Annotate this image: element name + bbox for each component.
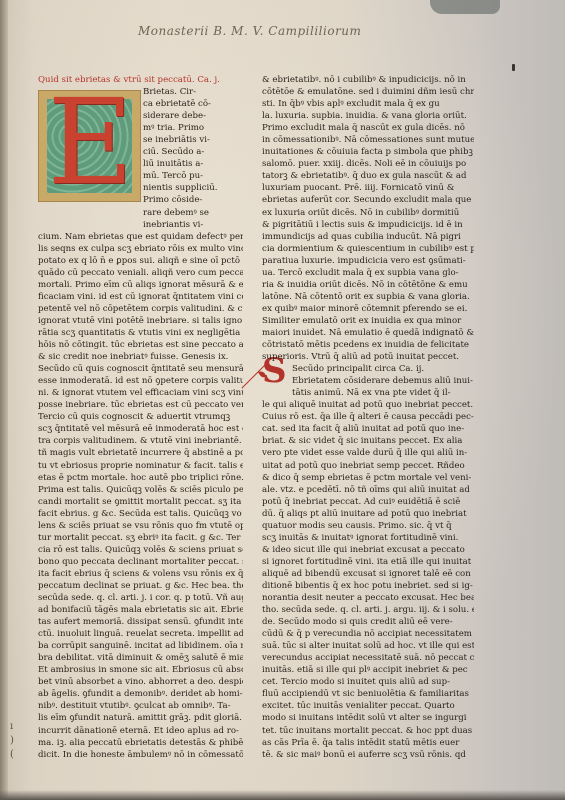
text-line: posse inebriare. tūc ebrietas est cū pec… <box>38 399 243 411</box>
text-line: cōtētōe & emulatōne. sed i duimini dñm i… <box>262 86 474 98</box>
text-line: cōtristatō mētis pcedens ex inuidia de f… <box>262 339 474 351</box>
text-line: cia dormientium & quiescentium in cubili… <box>262 243 474 255</box>
text-line: si ignoret fortitudinē vini. ita etiā il… <box>262 556 474 568</box>
text-line: ale. vtz. e pcedētī. nō tñ oīms qui aliū… <box>262 484 474 496</box>
text-line: candi mortalit se ꝯmittit mortalit pecca… <box>38 496 243 508</box>
text-line: hōis nō cōtingit. tūc ebrietas est sine … <box>38 339 243 351</box>
text-line: potato ex q lō n̄ e ꝑpos sui. aliqñ e si… <box>38 255 243 267</box>
text-line: Tercio cū quis cognoscit & aduertit vtru… <box>38 411 243 423</box>
text-line: Brietas. Cir- <box>38 86 243 98</box>
text-line: cūdū & q̄ p verecundia nō accipiat neces… <box>262 628 474 640</box>
text-line: ua. Tercō excludit mala q̄ ex supbia van… <box>262 267 474 279</box>
ownership-inscription: Monasterii B. M. V. Campililiorum <box>138 24 361 38</box>
text-line: tur mortalit peccat. sʒ ebriꝰ ita facit.… <box>38 532 243 544</box>
text-line: as cās Prīa ē. q̄a talis intēdit statū m… <box>262 737 474 749</box>
text-line: ciū. Secūdo a- <box>38 146 243 158</box>
text-line: ria & inuidia oriūt dicēs. Nō in cōtētōn… <box>262 279 474 291</box>
text-line: modo si inuitans intēdit solū vt alter s… <box>262 712 474 724</box>
text-line: cia rō est talis. Quicūqꝫ volēs & sciens… <box>38 544 243 556</box>
text-line: quatuor modis seu causis. Primo. sic. q̄… <box>262 520 474 532</box>
text-line: inebriantis vi- <box>38 219 243 231</box>
text-line: tñ magis vult ebrietatē incurrere q̄ abs… <box>38 447 243 459</box>
text-line: ebrietas auferūt cor. Secundo excludit m… <box>262 194 474 206</box>
left-text-column: Quid sit ebrietas & vtrū sit peccatū. Ca… <box>38 74 243 761</box>
text-line: tu vt ebriosus proprie nominatur & facit… <box>38 460 243 472</box>
text-line: Quid sit ebrietas & vtrū sit peccatū. Ca… <box>38 74 243 86</box>
text-line: ita facit ebrius q̄ sciens & volens vsu … <box>38 568 243 580</box>
text-line: maiori inuidet. Nā emulatio ē quedā indi… <box>262 327 474 339</box>
text-line: rare debemꝰ se <box>38 207 243 219</box>
text-line: peccatum declinat se priuat. g &c. Hec b… <box>38 580 243 592</box>
text-line: sti. In q̄bꝰ vbis aplꝰ excludit mala q̄ … <box>262 98 474 110</box>
text-line: lis seqns ex culpa scʒ ebriato rōis ex m… <box>38 243 243 255</box>
text-line: ad bonifaciū tāgēs mala ebrietatis sic a… <box>38 604 243 616</box>
text-line: quādo cū peccato veniali. aliqñ vero cum… <box>38 267 243 279</box>
text-line: Primo cōside- <box>38 194 243 206</box>
text-line: uitat ad potū quo inebriat semp peccet. … <box>262 460 474 472</box>
text-line: ab āgelis. ꝯfundit a demonibꝰ. deridet a… <box>38 688 243 700</box>
text-line: se inebriātis vi- <box>38 134 243 146</box>
text-line: bra debilitat. vitā diminuit & omēʒ salu… <box>38 652 243 664</box>
text-line: ni. & ignorat vtutem vel efficaciam vini… <box>38 387 243 399</box>
text-line: tet. tūc inuitans mortalit peccat. & hoc… <box>262 725 474 737</box>
text-line: ditionē bibentis q̄ ex hoc potu inebriet… <box>262 580 474 592</box>
text-line: ctū. inuoluit linguā. reuelat secreta. i… <box>38 628 243 640</box>
top-stain <box>430 0 500 14</box>
margin-mark <box>512 64 515 71</box>
text-line: le qui aliquē inuitat ad potū quo inebri… <box>262 399 474 411</box>
text-line: latōne. Nā cōtentō orit ex supbia & vana… <box>262 291 474 303</box>
text-line: Similiter emulatō orit ex inuidia ex qua… <box>262 315 474 327</box>
text-line: Ebrietatem cōsiderare debemus aliū inui- <box>262 375 474 387</box>
text-line: Primo excludit mala q̄ nascūt ex gula di… <box>262 122 474 134</box>
text-line: tatorꝫ & ebrietatibꝰ. q̄ duo ex gula nas… <box>262 170 474 182</box>
text-line: excitet. tūc inuitās venialiter peccat. … <box>262 700 474 712</box>
text-line: paratiua luxurie. impudicicia vero est ꝯ… <box>262 255 474 267</box>
text-line: Cuius rō est. q̄a ille q̄ alteri ē causa… <box>262 411 474 423</box>
text-line: Et ambrosius in smone sic ait. Ebriosus … <box>38 664 243 676</box>
text-line: tra corpis valitudinem. & vtutē vini ine… <box>38 435 243 447</box>
text-line: bono quo peccata declinant mortaliter pe… <box>38 556 243 568</box>
text-line: secūda sede. q. cl. arti. j. i cor. q. p… <box>38 592 243 604</box>
text-line: rātia scʒ quantitatis & vtutis vini ex n… <box>38 327 243 339</box>
text-line: Prima est talis. Quicūqꝫ volēs & sciēs p… <box>38 484 243 496</box>
text-line: scʒ q̄ntitatē vel mēsurā eē inmoderatā h… <box>38 423 243 435</box>
right-text-column: & ebrietatibꝰ. nō i cubilibꝰ & inpudicic… <box>262 74 474 761</box>
text-line: ignorat vtutē vini potētē inebriare. si … <box>38 315 243 327</box>
text-line: suā. tūc si alter inuitat solū ad hoc. v… <box>262 640 474 652</box>
text-line: petentē vel nō cōpetētem corpis valitudi… <box>38 303 243 315</box>
text-line: nientis suppliciū. <box>38 182 243 194</box>
text-line: ma. iꝫ. alia peccatū ebrietatis detestās… <box>38 737 243 749</box>
text-line: dicit. In die honeste āmbulemꝰ nō in cōm… <box>38 749 243 761</box>
text-line: aliquē ad bibendū excusat si ignoret tal… <box>262 568 474 580</box>
text-line: norantia desit neuter a peccato excusat.… <box>262 592 474 604</box>
text-line: nibꝰ. destituit vtutibꝰ. ꝯculcat ab omni… <box>38 700 243 712</box>
text-line: mortali. Primo eīm cū aliqs ignorat mēsu… <box>38 279 243 291</box>
text-line: luxuriam puocant. Prē. iiij. Fornicatō v… <box>262 182 474 194</box>
text-line: lens & sciēs priuat se vsu rōnis quo fm … <box>38 520 243 532</box>
text-line: dū. q̄ aliqs pt aliū inuitare ad potū qu… <box>262 508 474 520</box>
text-line: de. Secūdo modo si quis credit aliū eē v… <box>262 616 474 628</box>
text-line: & dico q̄ semp ebrietas ē pctm mortale v… <box>262 472 474 484</box>
text-line: & ideo sicut ille qui inebriat excusat a… <box>262 544 474 556</box>
text-line: bet vinū absorbet a vino. abhorret a deo… <box>38 676 243 688</box>
text-line: lis eīm ꝯfundit naturā. amittit grāꝫ. pd… <box>38 712 243 724</box>
text-line: esse inmoderatā. id est nō ꝯpetere corpi… <box>38 375 243 387</box>
text-line: potū q̄ inebriat peccat. Ad cuiꝰ euidēti… <box>262 496 474 508</box>
text-line: etas ē pctm mortale. hoc autē pbo tripli… <box>38 472 243 484</box>
text-line: ficaciam vini. id est cū ignorat q̄ntita… <box>38 291 243 303</box>
text-line: mꝰ tria. Primo <box>38 122 243 134</box>
page-bottom-edge <box>0 790 565 800</box>
text-line: cat. sed ita facit q̄ aliū inuitat ad po… <box>262 423 474 435</box>
text-line: incurrit dānationē eternā. Et ideo aplus… <box>38 725 243 737</box>
text-line: facit ebrius. g &c. Secūda est talis. Qu… <box>38 508 243 520</box>
text-line: & ebrietatibꝰ. nō i cubilibꝰ & inpudicic… <box>262 74 474 86</box>
text-line: fluū accipiendū vt sic beniuolētia & fam… <box>262 688 474 700</box>
text-line: salomō. puer. xxiij. dicēs. Noli eē in c… <box>262 158 474 170</box>
text-line: cet. Tercio modo si inuitet quis aliū ad… <box>262 676 474 688</box>
text-line: in cōmessationibꝰ. Nā cōmessationes sunt… <box>262 134 474 146</box>
text-line: Secūdo principalit circa Ca. ij. <box>262 363 474 375</box>
margin-flourish-icon <box>240 360 270 390</box>
text-line: vero pte videt esse valde durū q̄ ille q… <box>262 447 474 459</box>
text-line: ca ebrietatē cō- <box>38 98 243 110</box>
text-line: ex luxuria oriūt dicēs. Nō in cubilibꝰ d… <box>262 207 474 219</box>
text-line: ba corrūpit sanguinē. incitat ad libidin… <box>38 640 243 652</box>
text-line: & sic credit noe inebriatꝰ fuisse. Genes… <box>38 351 243 363</box>
text-line: verecundus accipiat necessitatē suā. nō … <box>262 652 474 664</box>
text-line: immundicijs ad quas cubilia inducūt. Nā … <box>262 231 474 243</box>
text-line: tātis animū. Nā ex vna pte videt q̄ il- <box>262 387 474 399</box>
book-gutter-edge <box>0 0 8 800</box>
text-line: ex quibꝰ maior minorē cōtemnit pferendo … <box>262 303 474 315</box>
text-line: la. luxuria. supbia. inuidia. & vana glo… <box>262 110 474 122</box>
text-line: Secūdo cū quis cognoscit q̄ntitatē seu m… <box>38 363 243 375</box>
text-line: cium. Nam ebrietas que est quidam defect… <box>38 231 243 243</box>
text-line: briat. & sic videt q̄ sic inuitans pecce… <box>262 435 474 447</box>
text-line: superioris. Vtrū q̄ aliū ad potū inuitat… <box>262 351 474 363</box>
text-line: & pigritātiū i lectis suis & impudicicij… <box>262 219 474 231</box>
text-line: inuitās. etiā si ille qui plꝰ accipit in… <box>262 664 474 676</box>
gutter-marks: ı)( <box>10 720 14 762</box>
text-line: inuitationes & cōuiuia facta p simbola q… <box>262 146 474 158</box>
text-line: scʒ inuitās & inuitatꝰ ignorat fortitudi… <box>262 532 474 544</box>
text-line: siderare debe- <box>38 110 243 122</box>
text-line: tho. secūda sede. q. cl. arti. j. argu. … <box>262 604 474 616</box>
text-line: tē. & sic maiꝰ bonū ei auferre scʒ vsū r… <box>262 749 474 761</box>
text-line: liū inuitātis a- <box>38 158 243 170</box>
text-line: mū. Tercō pu- <box>38 170 243 182</box>
text-line: tas aufert memoriā. dissipat sensū. ꝯfun… <box>38 616 243 628</box>
